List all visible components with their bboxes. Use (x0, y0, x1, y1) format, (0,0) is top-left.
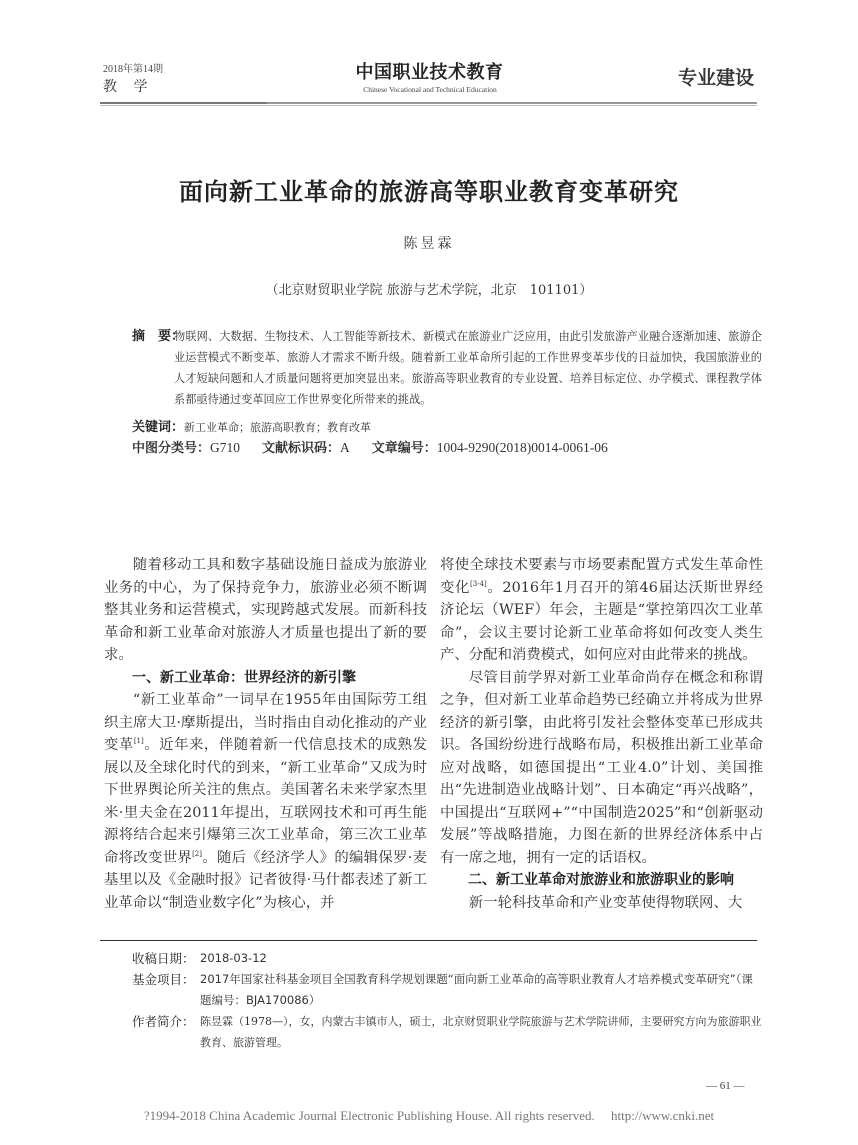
body-column-right: 将使全球技术要素与市场要素配置方式发生革命性变化[3-4]。2016年1月召开的… (440, 554, 763, 914)
footnote-rule (100, 940, 757, 941)
abstract: 摘 要： 物联网、大数据、生物技术、人工智能等新技术、新模式在旅游业广泛应用，由… (132, 326, 762, 410)
page-number: — 61 — (706, 1080, 745, 1092)
paragraph-impact: 新一轮科技革命和产业变革使得物联网、大 (440, 892, 763, 915)
fund-project: 基金项目： 2017年国家社科基金项目全国教育科学规划课题“面向新工业革命的高等… (132, 969, 762, 1011)
footnotes: 收稿日期： 2018-03-12 基金项目： 2017年国家社科基金项目全国教育… (132, 948, 762, 1053)
section-label: 教 学 (103, 76, 153, 96)
article-title: 面向新工业革命的旅游高等职业教育变革研究 (0, 172, 858, 207)
article-number-value: 1004-9290(2018)0014-0061-06 (437, 440, 608, 455)
citation-ref[interactable]: [1] (134, 737, 144, 745)
paragraph-intro: 随着移动工具和数字基础设施日益成为旅游业业务的中心，为了保持竞争力，旅游业必须不… (104, 554, 427, 667)
keywords: 关键词：新工业革命；旅游高职教育；教育改革 (132, 416, 371, 435)
citation-ref[interactable]: [3-4] (470, 580, 487, 588)
copyright-notice: ?1994-2018 China Academic Journal Electr… (0, 1105, 858, 1124)
abstract-text: 物联网、大数据、生物技术、人工智能等新技术、新模式在旅游业广泛应用，由此引发旅游… (174, 326, 762, 410)
keywords-label: 关键词： (132, 420, 184, 435)
author-name: 陈昱霖 (0, 233, 858, 253)
header-rule-accent (100, 102, 267, 104)
citation-ref[interactable]: [2] (192, 850, 202, 858)
section-heading-2: 二、新工业革命对旅游业和旅游职业的影响 (440, 869, 763, 892)
paragraph-new-industrial-revolution: “新工业革命”一词早在1955年由国际劳工组织主席大卫·摩斯提出，当时指由自动化… (104, 689, 427, 914)
doc-code-label: 文献标识码： (262, 441, 340, 456)
paragraph-consensus: 尽管目前学界对新工业革命尚存在概念和称谓之争，但对新工业革命趋势已经确立并将成为… (440, 667, 763, 870)
header-rule-thin (100, 105, 757, 106)
abstract-label: 摘 要： (132, 326, 184, 347)
author-affiliation: （北京财贸职业学院 旅游与艺术学院，北京 101101） (0, 279, 858, 298)
section-heading-1: 一、新工业革命：世界经济的新引擎 (104, 667, 427, 690)
journal-title-english: Chinese Vocational and Technical Educati… (340, 85, 520, 94)
doc-code-value: A (340, 440, 350, 455)
received-date: 收稿日期： 2018-03-12 (132, 948, 762, 969)
column-label: 专业建设 (678, 63, 754, 90)
paragraph-continued: 将使全球技术要素与市场要素配置方式发生革命性变化[3-4]。2016年1月召开的… (440, 554, 763, 667)
keywords-text: 新工业革命；旅游高职教育；教育改革 (184, 421, 371, 434)
clc-label: 中图分类号： (132, 441, 210, 456)
journal-title: 中国职业技术教育 (352, 58, 507, 84)
author-bio: 作者简介： 陈昱霖（1978—），女，内蒙古丰镇市人，硕士，北京财贸职业学院旅游… (132, 1011, 762, 1053)
clc-value: G710 (210, 440, 240, 455)
classification-line: 中图分类号：G710文献标识码：A文章编号：1004-9290(2018)001… (132, 437, 608, 456)
article-number-label: 文章编号： (372, 441, 437, 456)
body-column-left: 随着移动工具和数字基础设施日益成为旅游业业务的中心，为了保持竞争力，旅游业必须不… (104, 554, 427, 914)
issue-label: 2018年第14期 (103, 60, 163, 75)
